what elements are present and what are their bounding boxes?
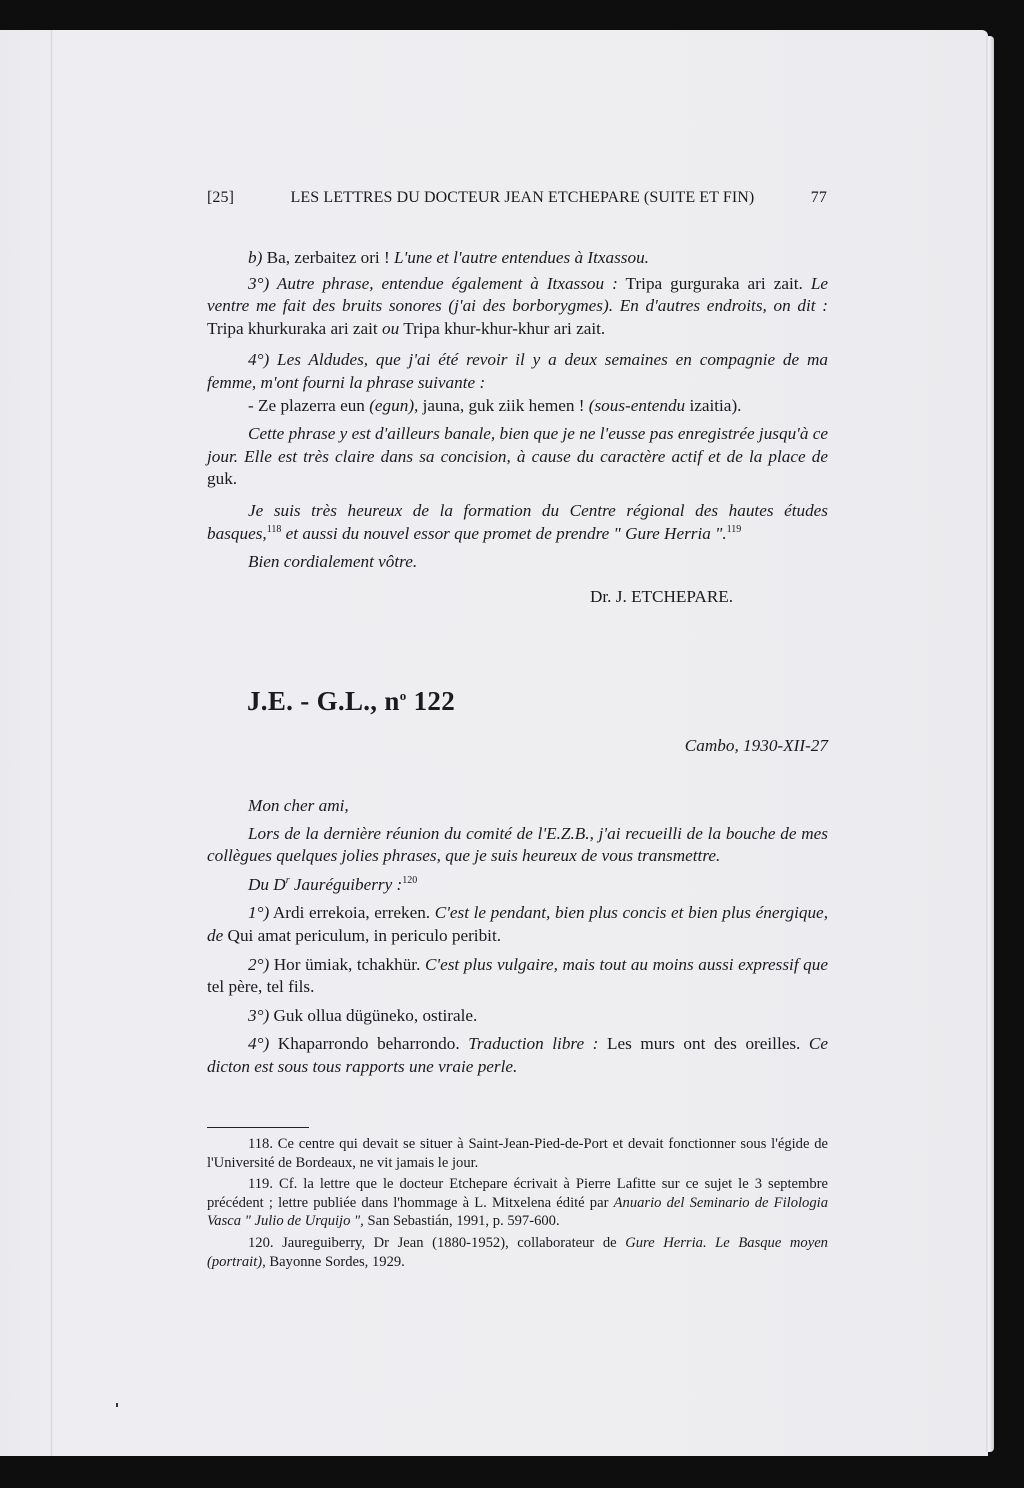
salutation: Mon cher ami, (207, 795, 828, 818)
paragraph: Cette phrase y est d'ailleurs banale, bi… (207, 423, 828, 491)
footnote-ref[interactable]: 118 (267, 524, 282, 535)
footnote-ref[interactable]: 120 (402, 875, 417, 886)
paragraph: 3°) Autre phrase, entendue également à I… (207, 273, 828, 341)
letter-heading: J.E. - G.L., no 122 (247, 686, 455, 717)
footnotes: 118. Ce centre qui devait se situer à Sa… (207, 1135, 828, 1274)
letter-122-body: Mon cher ami, Lors de la dernière réunio… (207, 795, 828, 1079)
paragraph: Du Dr Jauréguiberry :120 (207, 874, 828, 897)
running-head: [25] LES LETTRES DU DOCTEUR JEAN ETCHEPA… (207, 189, 827, 207)
footnote-118: 118. Ce centre qui devait se situer à Sa… (207, 1135, 828, 1172)
closing: Bien cordialement vôtre. (207, 551, 828, 574)
paragraph: Lors de la dernière réunion du comité de… (207, 823, 828, 868)
page-edge (986, 36, 994, 1452)
letter-121-ending: b) Ba, zerbaitez ori ! L'une et l'autre … (207, 247, 828, 574)
paragraph: Je suis très heureux de la formation du … (207, 500, 828, 545)
paragraph: b) Ba, zerbaitez ori ! L'une et l'autre … (207, 247, 828, 270)
paragraph: 4°) Khaparrondo beharrondo. Traduction l… (207, 1033, 828, 1078)
footnote-119: 119. Cf. la lettre que le docteur Etchep… (207, 1175, 828, 1231)
page-ref: [25] (207, 189, 234, 207)
paragraph: 1°) Ardi errekoia, erreken. C'est le pen… (207, 902, 828, 947)
dateline: Cambo, 1930-XII-27 (685, 736, 828, 756)
paragraph: - Ze plazerra eun (egun), jauna, guk zii… (207, 395, 828, 418)
footnote-ref[interactable]: 119 (727, 524, 742, 535)
page-number: 77 (811, 189, 827, 207)
paragraph: 3°) Guk ollua dügüneko, ostirale. (207, 1005, 828, 1028)
paper-speck (116, 1403, 118, 1407)
signature: Dr. J. ETCHEPARE. (590, 587, 733, 607)
footnote-120: 120. Jaureguiberry, Dr Jean (1880-1952),… (207, 1234, 828, 1271)
footnote-rule (207, 1127, 309, 1128)
paragraph: 2°) Hor ümiak, tchakhür. C'est plus vulg… (207, 954, 828, 999)
paragraph: 4°) Les Aldudes, que j'ai été revoir il … (207, 349, 828, 394)
gutter-fold (50, 30, 53, 1456)
running-title: LES LETTRES DU DOCTEUR JEAN ETCHEPARE (S… (291, 189, 755, 207)
